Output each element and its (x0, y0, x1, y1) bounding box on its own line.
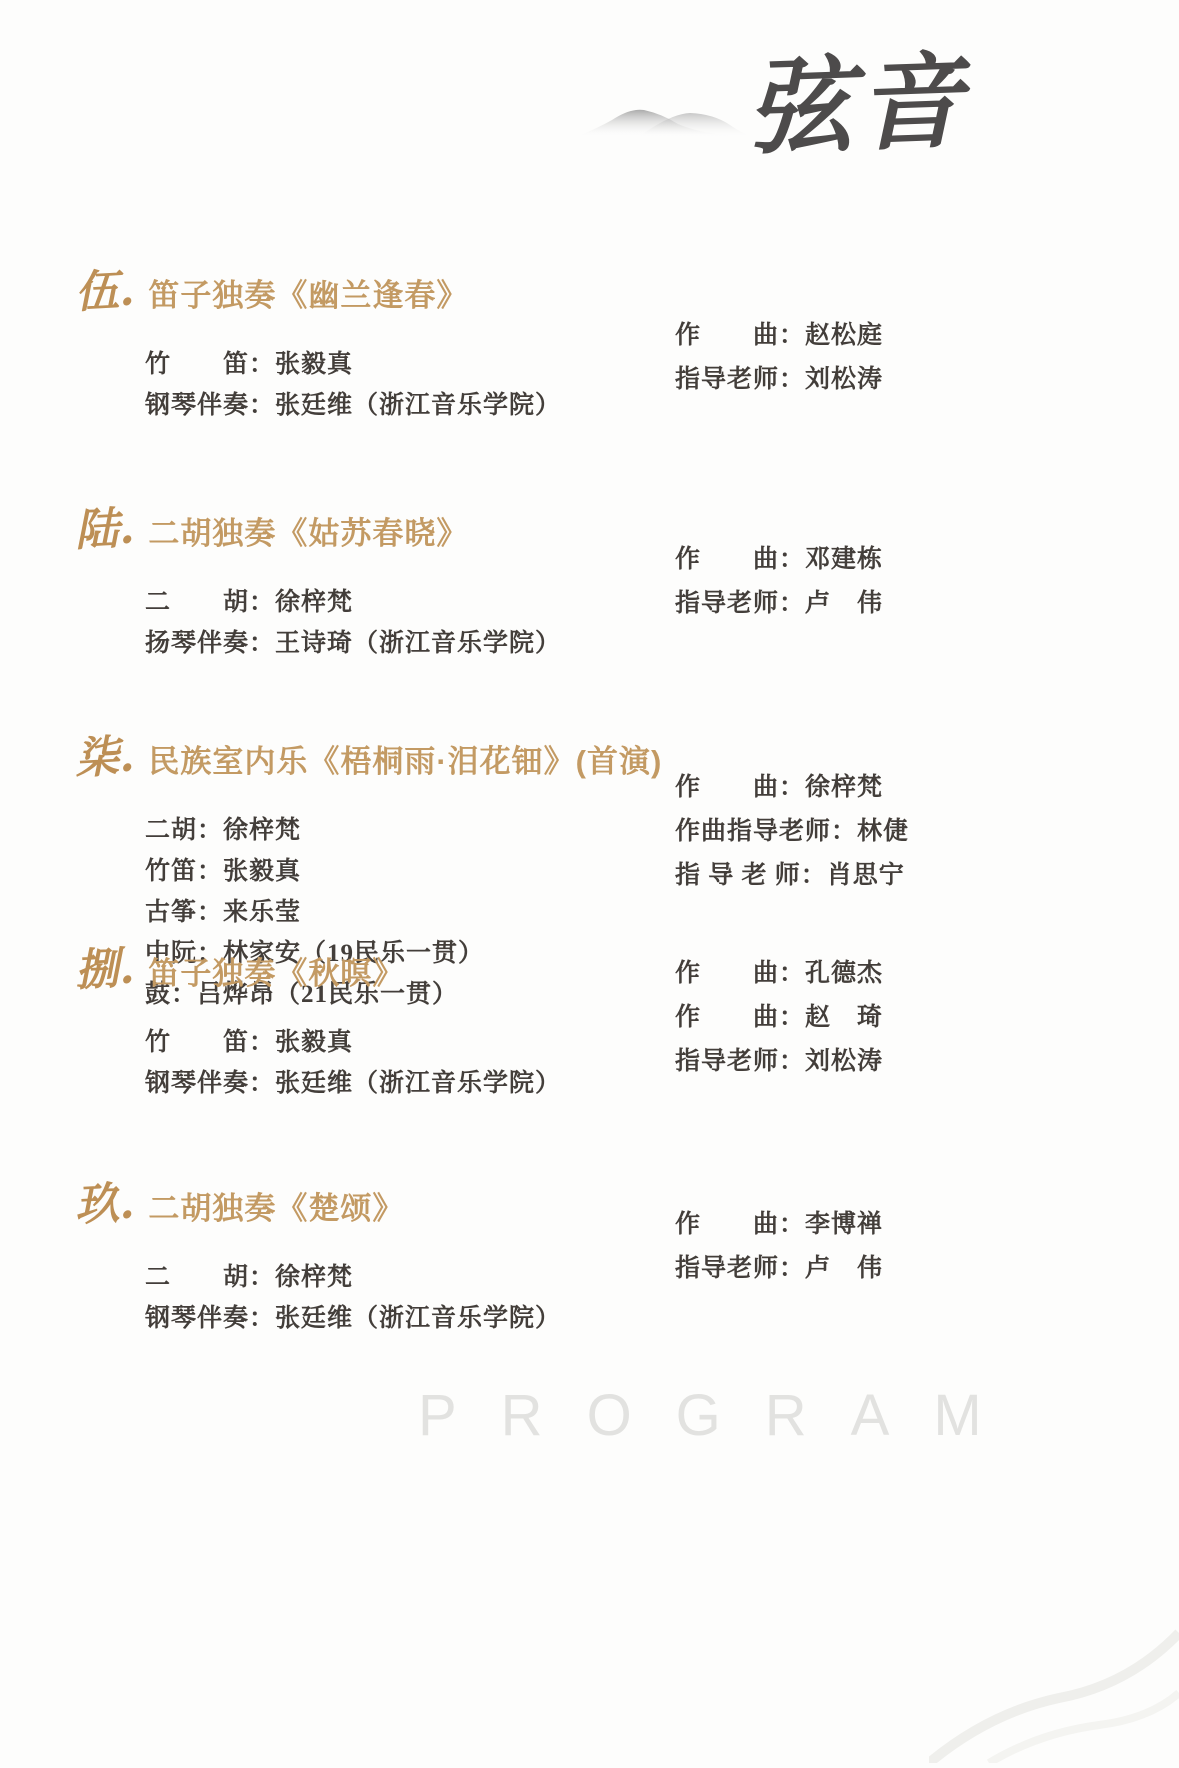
performer-line: 扬琴伴奏：王诗琦（浙江音乐学院） (145, 623, 1119, 664)
credit-line: 作 曲：李博禅 (675, 1203, 1115, 1247)
credit-line: 指导老师：刘松涛 (675, 358, 1115, 402)
item-number: 陆. (74, 506, 136, 553)
item-title: 二胡独奏《姑苏春晓》 (148, 515, 468, 552)
credit-line: 作 曲：徐梓梵 (675, 766, 1115, 810)
mountain-ridge-icon (578, 82, 750, 145)
program-item-6: 陆. 二胡独奏《姑苏春晓》 二 胡：徐梓梵 扬琴伴奏：王诗琦（浙江音乐学院） 作… (75, 508, 1119, 664)
program-item-8: 捌. 笛子独奏《秋暝》 竹 笛：张毅真 钢琴伴奏：张廷维（浙江音乐学院） 作 曲… (75, 948, 1119, 1104)
credit-line: 作 曲：孔德杰 (675, 952, 1115, 996)
item-title: 笛子独奏《秋暝》 (148, 955, 404, 992)
credit-line: 作 曲：邓建栋 (675, 538, 1115, 582)
page-title: 弦音 (746, 44, 960, 166)
performer-line: 钢琴伴奏：张廷维（浙江音乐学院） (145, 1298, 1119, 1339)
page-header: 弦音 (0, 0, 1179, 220)
credit-list: 作 曲：赵松庭 指导老师：刘松涛 (675, 314, 1115, 402)
item-title: 笛子独奏《幽兰逢春》 (148, 277, 468, 314)
item-number: 捌. (74, 946, 136, 993)
credit-line: 作 曲：赵 琦 (675, 996, 1115, 1040)
credit-line: 作 曲：赵松庭 (675, 314, 1115, 358)
item-title: 二胡独奏《楚颂》 (148, 1190, 404, 1227)
program-watermark: PROGRAM (418, 1382, 1026, 1449)
credit-list: 作 曲：李博禅 指导老师：卢 伟 (675, 1203, 1115, 1291)
program-item-5: 伍. 笛子独奏《幽兰逢春》 竹 笛：张毅真 钢琴伴奏：张廷维（浙江音乐学院） 作… (75, 270, 1119, 426)
credit-list: 作 曲：徐梓梵 作曲指导老师：林倢 指 导 老 师：肖思宁 (675, 766, 1115, 898)
credit-line: 指导老师：卢 伟 (675, 1247, 1115, 1291)
item-number: 伍. (74, 268, 136, 315)
program-page: 弦音 伍. 笛子独奏《幽兰逢春》 竹 笛：张毅真 钢琴伴奏：张廷维（浙江音乐学院… (0, 0, 1179, 1768)
credit-list: 作 曲：邓建栋 指导老师：卢 伟 (675, 538, 1115, 626)
corner-cloud-curve-icon (929, 1593, 1179, 1768)
item-number: 柒. (74, 734, 136, 781)
credit-line: 指导老师：卢 伟 (675, 582, 1115, 626)
item-title: 民族室内乐《梧桐雨·泪花钿》(首演) (148, 743, 662, 780)
credit-list: 作 曲：孔德杰 作 曲：赵 琦 指导老师：刘松涛 (675, 952, 1115, 1084)
performer-line: 古筝：来乐莹 (145, 892, 1119, 933)
program-item-9: 玖. 二胡独奏《楚颂》 二 胡：徐梓梵 钢琴伴奏：张廷维（浙江音乐学院） 作 曲… (75, 1183, 1119, 1339)
credit-line: 指 导 老 师：肖思宁 (675, 854, 1115, 898)
credit-line: 指导老师：刘松涛 (675, 1040, 1115, 1084)
item-head: 伍. 笛子独奏《幽兰逢春》 (75, 270, 1119, 314)
credit-line: 作曲指导老师：林倢 (675, 810, 1115, 854)
item-number: 玖. (74, 1181, 136, 1228)
